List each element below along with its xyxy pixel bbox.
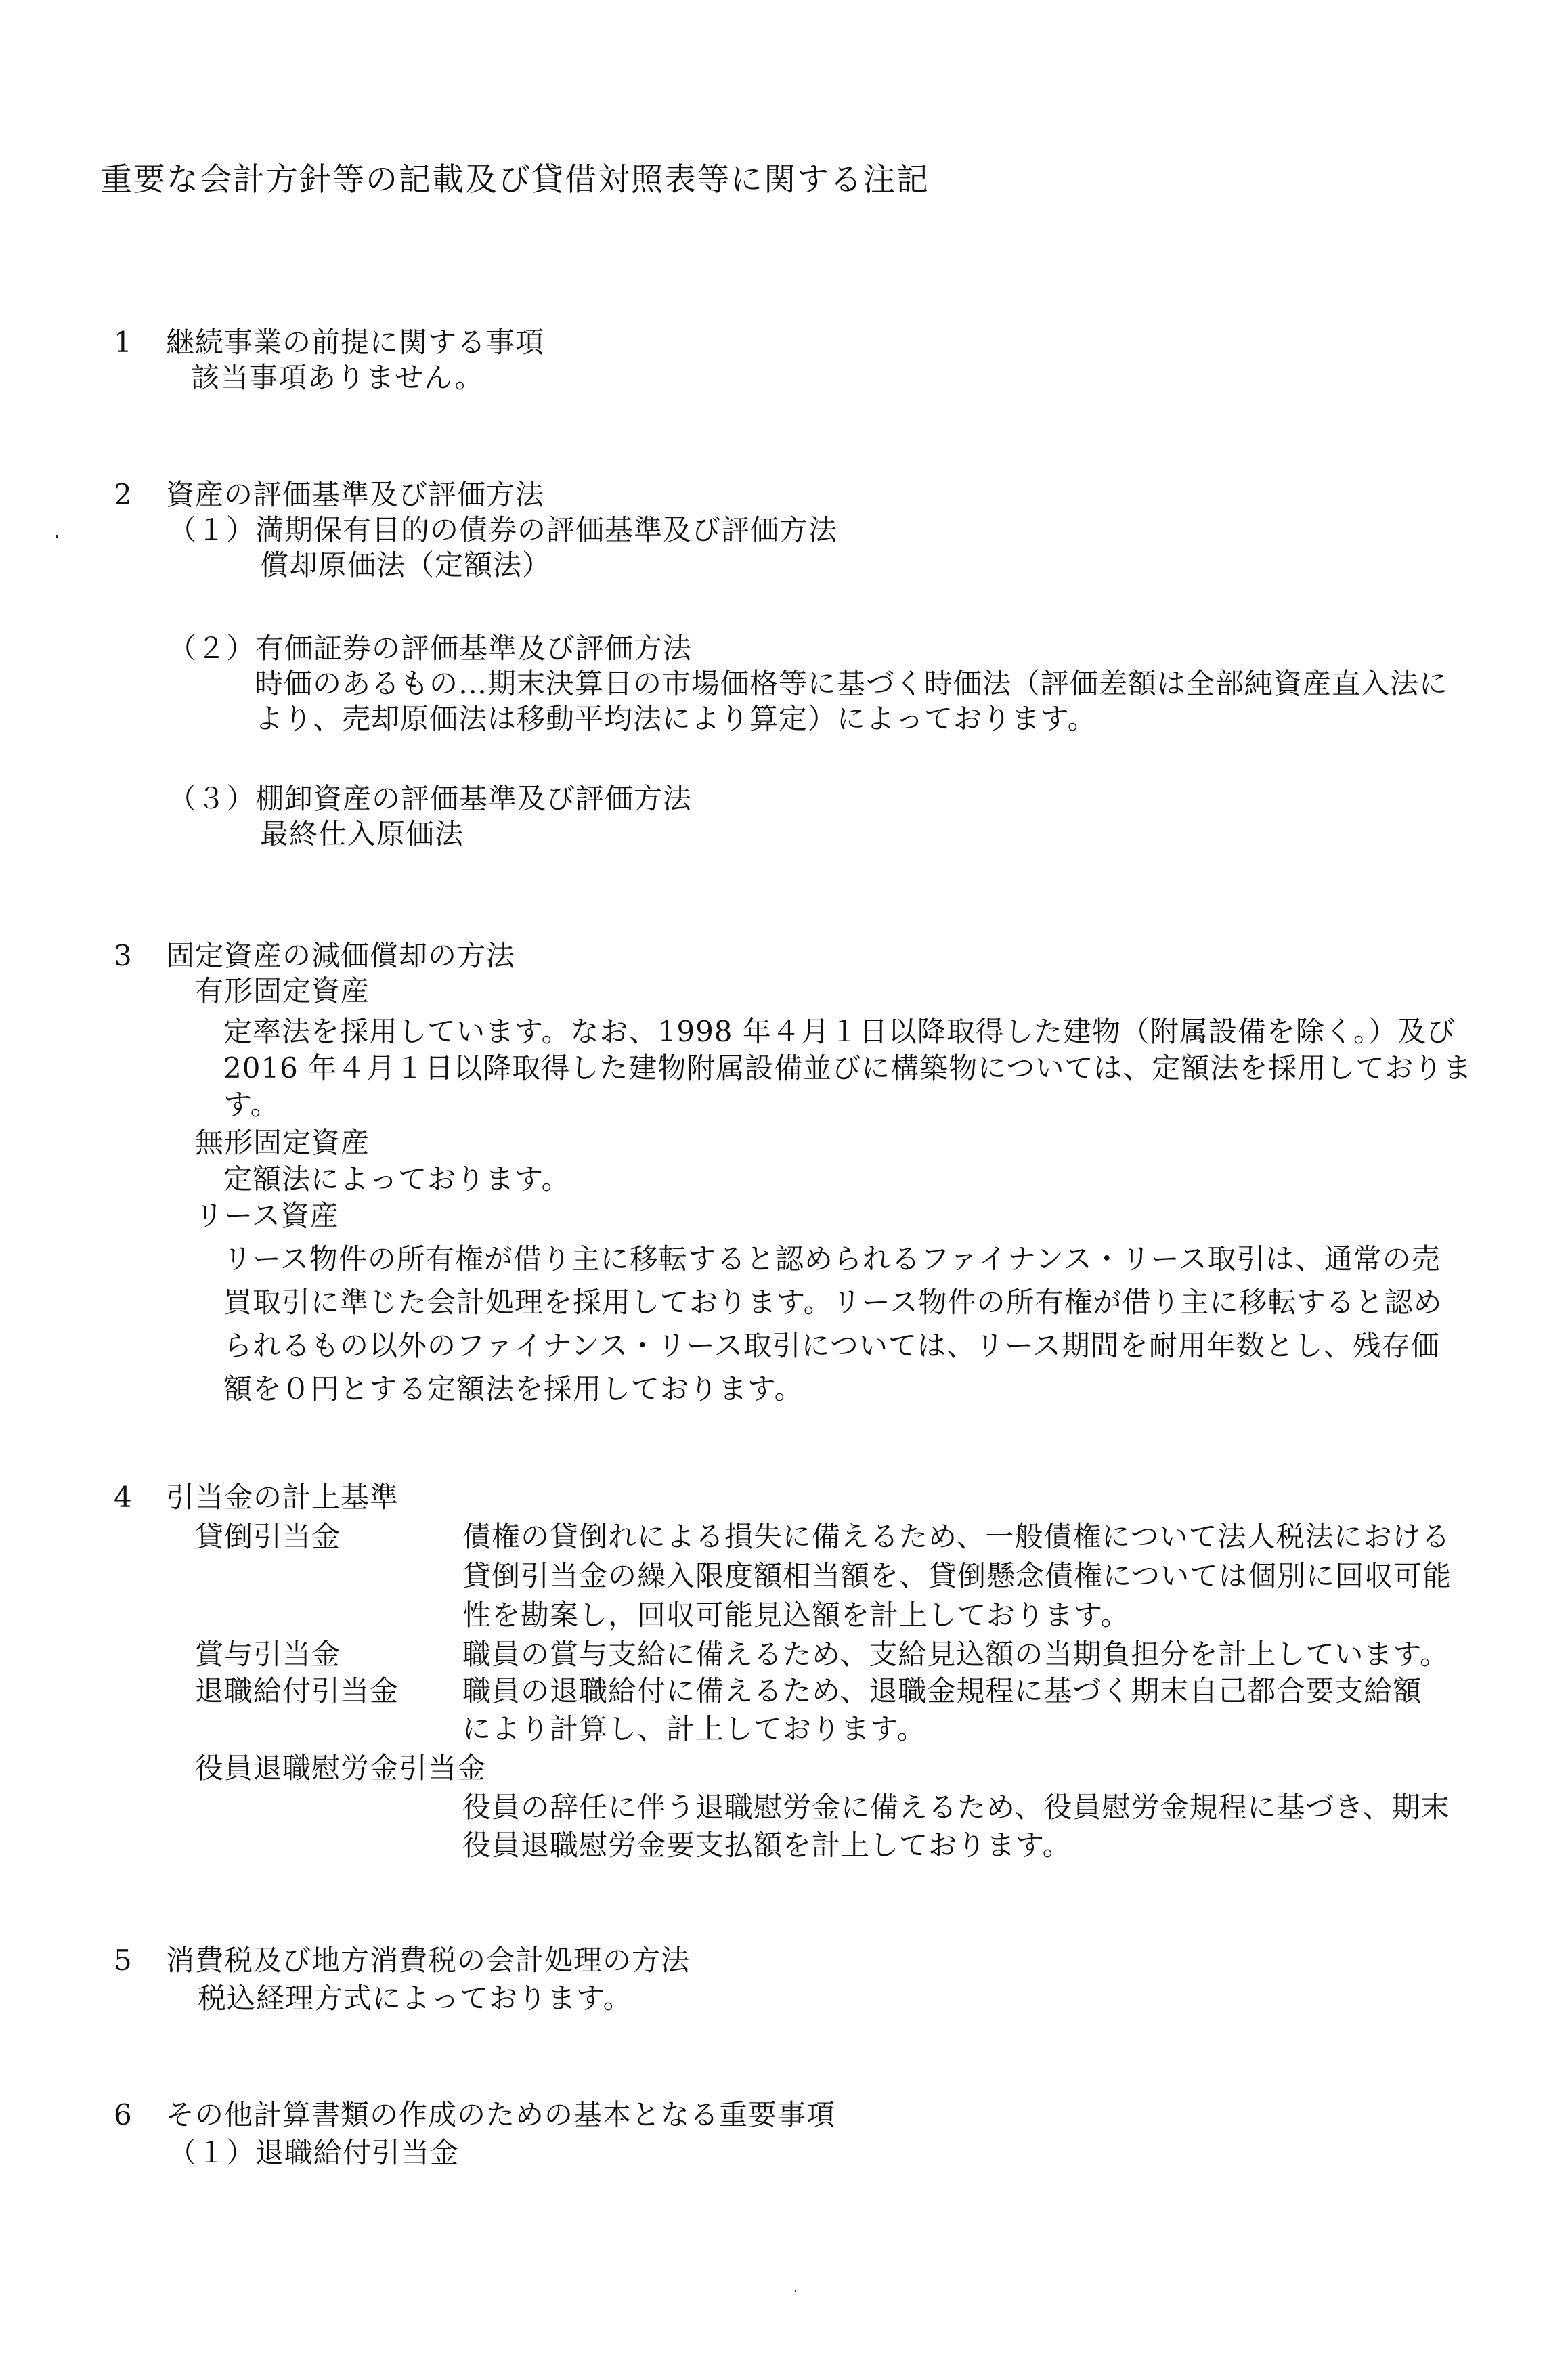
section-number: 6 [114, 2097, 132, 2133]
subsection-body: 定率法を採用しています。なお、1998 年４月１日以降取得した建物（附属設備を除… [223, 1014, 1456, 1049]
subsection-label: リース資産 [195, 1198, 339, 1234]
subsection-body: 償却原価法（定額法） [260, 548, 551, 583]
section-heading: 固定資産の減価償却の方法 [166, 938, 515, 974]
subsection-body: リース物件の所有権が借り主に移転すると認められるファイナンス・リース取引は、通常… [223, 1242, 1441, 1277]
scan-speck [795, 2290, 796, 2292]
subsection-label: 無形固定資産 [195, 1125, 370, 1160]
allowance-description: により計算し、計上しております。 [462, 1712, 926, 1747]
subsection-label: （２）有価証券の評価基準及び評価方法 [168, 631, 692, 666]
allowance-description: 債権の貸倒れによる損失に備えるため、一般債権について法人税法における [462, 1519, 1450, 1554]
allowance-label: 貸倒引当金 [195, 1519, 341, 1554]
allowance-label: 役員退職慰労金引当金 [195, 1751, 486, 1786]
allowance-description: 職員の退職給付に備えるため、退職金規程に基づく期末自己都合要支給額 [462, 1674, 1422, 1709]
section-body: 該当事項ありません。 [191, 360, 484, 395]
allowance-description: 性を勘案し，回収可能見込額を計上しております。 [462, 1598, 1130, 1633]
section-body: 税込経理方式によっております。 [198, 1981, 632, 2016]
subsection-body: 時価のあるもの…期末決算日の市場価格等に基づく時価法（評価差額は全部純資産直入法… [255, 666, 1448, 701]
subsection-body: す。 [223, 1087, 280, 1123]
subsection-label: 有形固定資産 [195, 974, 370, 1009]
document-page: 重要な会計方針等の記載及び貸借対照表等に関する注記 1 継続事業の前提に関する事… [0, 0, 1568, 2375]
document-title: 重要な会計方針等の記載及び貸借対照表等に関する注記 [100, 160, 930, 200]
section-number: 1 [114, 325, 132, 360]
section-number: 2 [114, 477, 132, 513]
allowance-description: 役員退職慰労金要支払額を計上しております。 [462, 1828, 1072, 1863]
allowance-description: 職員の賞与支給に備えるため、支給見込額の当期負担分を計上しています。 [462, 1637, 1449, 1672]
subsection-body: より、売却原価法は移動平均法により算定）によっております。 [255, 701, 1097, 737]
section-heading: その他計算書類の作成のための基本となる重要事項 [166, 2097, 835, 2133]
subsection-body: 2016 年４月１日以降取得した建物附属設備並びに構築物については、定額法を採用… [223, 1051, 1472, 1086]
section-number: 3 [114, 938, 132, 974]
subsection-body: 額を０円とする定額法を採用しております。 [223, 1372, 804, 1407]
section-number: 4 [114, 1480, 132, 1515]
subsection-label: （３）棚卸資産の評価基準及び評価方法 [168, 781, 692, 816]
allowance-description: 役員の辞任に伴う退職慰労金に備えるため、役員慰労金規程に基づき、期末 [462, 1790, 1450, 1825]
subsection-body: 最終仕入原価法 [260, 816, 464, 852]
subsection-body: 買取引に準じた会計処理を採用しております。リース物件の所有権が借り主に移転すると… [223, 1285, 1443, 1320]
section-number: 5 [114, 1943, 132, 1978]
section-heading: 資産の評価基準及び評価方法 [166, 477, 544, 513]
section-heading: 引当金の計上基準 [166, 1480, 399, 1515]
subsection-label: （１）満期保有目的の債券の評価基準及び評価方法 [168, 513, 837, 548]
allowance-description: 貸倒引当金の繰入限度額相当額を、貸倒懸念債権については個別に回収可能 [462, 1559, 1452, 1594]
subsection-body: られるもの以外のファイナンス・リース取引については、リース期間を耐用年数とし、残… [223, 1328, 1440, 1364]
allowance-label: 退職給付引当金 [195, 1674, 399, 1709]
subsection-label: （１）退職給付引当金 [168, 2135, 459, 2171]
section-heading: 継続事業の前提に関する事項 [166, 325, 544, 360]
section-heading: 消費税及び地方消費税の会計処理の方法 [166, 1943, 690, 1978]
subsection-body: 定額法によっております。 [223, 1162, 571, 1197]
scan-speck [56, 535, 58, 538]
allowance-label: 賞与引当金 [195, 1637, 341, 1672]
